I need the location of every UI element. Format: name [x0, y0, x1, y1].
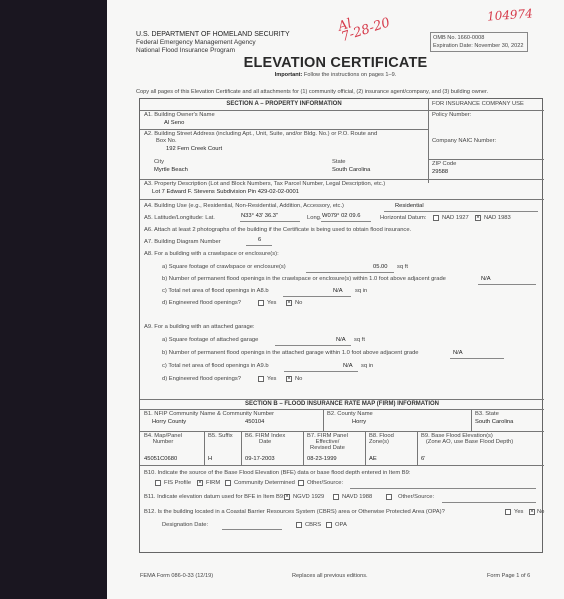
expiration-date: Expiration Date: November 30, 2022: [433, 42, 525, 50]
a8a-unit: sq ft: [397, 264, 408, 270]
a8d-no-checkbox[interactable]: ×: [286, 300, 292, 306]
underline: [283, 296, 351, 297]
a9a-unit: sq ft: [354, 337, 365, 343]
b6-label: B6. FIRM IndexDate: [245, 433, 285, 445]
a5-longitude[interactable]: W079° 02 09.6: [322, 213, 360, 219]
section-a-title: SECTION A – PROPERTY INFORMATION: [140, 101, 428, 107]
a9c-label: c) Total net area of flood openings in A…: [162, 363, 269, 369]
designation-date-input[interactable]: [222, 529, 282, 530]
b11-other-source-label: Other/Source:: [398, 494, 434, 500]
document-title: ELEVATION CERTIFICATE: [107, 55, 564, 71]
b2-label: B2. County Name: [327, 411, 373, 417]
b11-navd1988-label: NAVD 1988: [342, 494, 372, 500]
b12-yes-checkbox[interactable]: [505, 509, 511, 515]
b10-other-source-label: Other/Source:: [307, 480, 343, 486]
a8b-label: b) Number of permanent flood openings in…: [162, 276, 446, 282]
b4-map-panel-number[interactable]: 45051C0680: [144, 456, 177, 462]
a8a-label: a) Square footage of crawlspace or enclo…: [162, 264, 286, 270]
cbrs-checkbox[interactable]: [296, 522, 302, 528]
underline: [321, 221, 371, 222]
b10-fis-profile-label: FIS Profile: [164, 480, 191, 486]
b10-firm-checkbox[interactable]: ×: [197, 480, 203, 486]
b2-county-name[interactable]: Horry: [352, 419, 366, 425]
divider: [428, 110, 544, 111]
divider: [323, 409, 324, 431]
agency-line-3: National Flood Insurance Program: [136, 47, 290, 55]
omb-number: OMB No. 1660-0008: [433, 34, 525, 42]
divider: [140, 409, 544, 410]
b10-community-determined-label: Community Determined: [234, 480, 295, 486]
b7-label: B7. FIRM PanelEffective/Revised Date: [307, 433, 348, 451]
a9d-no-label: No: [295, 376, 302, 382]
b5-label: B5. Suffix: [208, 433, 233, 439]
form-body: SECTION A – PROPERTY INFORMATION FOR INS…: [139, 98, 543, 553]
b10-firm-label: FIRM: [206, 480, 220, 486]
designation-date-label: Designation Date:: [162, 522, 208, 528]
underline: [275, 345, 351, 346]
b12-label: B12. Is the building located in a Coasta…: [144, 509, 445, 515]
b9-base-flood-elevation[interactable]: 6': [421, 456, 425, 462]
b10-other-source-checkbox[interactable]: [298, 480, 304, 486]
divider: [471, 409, 472, 431]
divider: [140, 399, 544, 400]
b10-label: B10. Indicate the source of the Base Flo…: [144, 470, 411, 476]
divider: [140, 199, 544, 200]
nad1983-checkbox[interactable]: ×: [475, 215, 481, 221]
divider: [303, 431, 304, 465]
a9d-yes-label: Yes: [267, 376, 276, 382]
b1-community-number[interactable]: 450104: [245, 419, 264, 425]
a9d-yes-checkbox[interactable]: [258, 376, 264, 382]
a9-label: A9. For a building with an attached gara…: [144, 324, 255, 330]
a9d-label: d) Engineered flood openings?: [162, 376, 241, 382]
handwritten-file-number: 104974: [487, 6, 534, 23]
b11-other-source-checkbox[interactable]: [386, 494, 392, 500]
handwritten-initials: Al7-28-20: [337, 7, 391, 43]
b3-state[interactable]: South Carolina: [475, 419, 513, 425]
a9c-unit: sq in: [361, 363, 373, 369]
nad1927-label: NAD 1927: [442, 215, 469, 221]
a8d-label: d) Engineered flood openings?: [162, 300, 241, 306]
opa-label: OPA: [335, 522, 347, 528]
divider: [140, 179, 544, 180]
underline: [478, 284, 536, 285]
divider: [140, 431, 544, 432]
city-value[interactable]: Myrtle Beach: [154, 167, 188, 173]
b12-no-checkbox[interactable]: ×: [529, 509, 535, 515]
b3-label: B3. State: [475, 411, 499, 417]
a4-label: A4. Building Use (e.g., Residential, Non…: [144, 203, 344, 209]
section-b-title: SECTION B – FLOOD INSURANCE RATE MAP (FI…: [140, 401, 544, 407]
insurance-use-title: FOR INSURANCE COMPANY USE: [432, 101, 524, 107]
a7-label: A7. Building Diagram Number: [144, 239, 221, 245]
underline: [284, 371, 358, 372]
agency-line-2: Federal Emergency Management Agency: [136, 39, 290, 47]
a9a-value[interactable]: N/A: [336, 337, 346, 343]
naic-label: Company NAIC Number:: [432, 138, 496, 144]
b12-no-label: No: [537, 509, 544, 515]
a9d-no-checkbox[interactable]: ×: [286, 376, 292, 382]
b11-navd1988-checkbox[interactable]: [333, 494, 339, 500]
underline: [384, 211, 538, 212]
omb-box: OMB No. 1660-0008 Expiration Date: Novem…: [430, 32, 528, 52]
b6-firm-index-date[interactable]: 09-17-2003: [245, 456, 275, 462]
a9b-value[interactable]: N/A: [453, 350, 463, 356]
underline: [246, 245, 272, 246]
horizontal-datum-label: Horizontal Datum:: [380, 215, 426, 221]
agency-block: U.S. DEPARTMENT OF HOMELAND SECURITY Fed…: [136, 31, 290, 55]
a6-label: A6. Attach at least 2 photographs of the…: [144, 227, 411, 233]
b8-flood-zone[interactable]: AE: [369, 456, 377, 462]
opa-checkbox[interactable]: [326, 522, 332, 528]
a3-property-description[interactable]: Lot 7 Edward F. Stevens Subdivision Pin …: [152, 189, 299, 195]
state-label: State: [332, 159, 346, 165]
a8c-value[interactable]: N/A: [333, 288, 343, 294]
a8b-value[interactable]: N/A: [481, 276, 491, 282]
b9-label: B9. Base Flood Elevation(s) (Zone AO, us…: [421, 433, 513, 445]
b10-other-source-input[interactable]: [350, 488, 536, 489]
cbrs-label: CBRS: [305, 522, 321, 528]
a5-label: A5. Latitude/Longitude: Lat.: [144, 215, 215, 221]
a2-label: A2. Building Street Address (including A…: [144, 131, 377, 137]
divider: [140, 129, 428, 130]
b5-suffix[interactable]: H: [208, 456, 212, 462]
a8d-yes-label: Yes: [267, 300, 276, 306]
b1-community-name[interactable]: Horry County: [152, 419, 186, 425]
divider: [140, 110, 428, 111]
replaces-note: Replaces all previous editions.: [292, 573, 368, 579]
a8a-value[interactable]: 05.00: [373, 264, 388, 270]
a2-label-2: Box No.: [156, 138, 177, 144]
a9a-label: a) Square footage of attached garage: [162, 337, 258, 343]
nad1983-label: NAD 1983: [484, 215, 511, 221]
agency-line-1: U.S. DEPARTMENT OF HOMELAND SECURITY: [136, 31, 290, 39]
b10-community-determined-checkbox[interactable]: [225, 480, 231, 486]
b12-yes-label: Yes: [514, 509, 523, 515]
a5-long-label: Long.: [307, 215, 322, 221]
b8-label: B8. FloodZone(s): [369, 433, 394, 445]
state-value[interactable]: South Carolina: [332, 167, 370, 173]
copy-note: Copy all pages of this Elevation Certifi…: [136, 89, 488, 95]
divider: [365, 431, 366, 465]
divider: [428, 99, 429, 183]
form-number: FEMA Form 086-0-33 (12/19): [140, 573, 213, 579]
document-page: Al7-28-20 104974 U.S. DEPARTMENT OF HOME…: [107, 0, 564, 599]
nad1927-checkbox[interactable]: [433, 215, 439, 221]
b11-ngvd1929-label: NGVD 1929: [293, 494, 324, 500]
divider: [241, 431, 242, 465]
a8d-no-label: No: [295, 300, 302, 306]
zip-value[interactable]: 29588: [432, 169, 448, 175]
important-note: Important: Follow the instructions on pa…: [107, 72, 564, 78]
underline: [450, 358, 504, 359]
a5-latitude[interactable]: N33° 43' 36.3": [241, 213, 278, 219]
page-number: Form Page 1 of 6: [487, 573, 530, 579]
b11-other-source-input[interactable]: [442, 502, 536, 503]
divider: [428, 159, 544, 160]
a1-label: A1. Building Owner's Name: [144, 112, 215, 118]
b11-ngvd1929-checkbox[interactable]: ×: [284, 494, 290, 500]
a8c-unit: sq in: [355, 288, 367, 294]
b7-firm-panel-date[interactable]: 08-23-1999: [307, 456, 337, 462]
a7-diagram-number[interactable]: 6: [258, 237, 261, 243]
a1-owner-name[interactable]: Al Seno: [164, 120, 184, 126]
zip-label: ZIP Code: [432, 161, 456, 167]
a4-building-use[interactable]: Residential: [395, 203, 424, 209]
a8-label: A8. For a building with a crawlspace or …: [144, 251, 279, 257]
underline: [240, 221, 300, 222]
a9b-label: b) Number of permanent flood openings in…: [162, 350, 419, 356]
b4-label: B4. Map/PanelNumber: [144, 433, 182, 445]
divider: [417, 431, 418, 465]
a3-label: A3. Property Description (Lot and Block …: [144, 181, 385, 187]
policy-number-label: Policy Number:: [432, 112, 471, 118]
city-label: City: [154, 159, 164, 165]
underline: [306, 272, 394, 273]
a8d-yes-checkbox[interactable]: [258, 300, 264, 306]
b11-label: B11. Indicate elevation datum used for B…: [144, 494, 285, 500]
a8c-label: c) Total net area of flood openings in A…: [162, 288, 269, 294]
divider: [140, 465, 544, 466]
a2-street-address[interactable]: 192 Fern Creek Court: [166, 146, 222, 152]
divider: [204, 431, 205, 465]
b10-fis-profile-checkbox[interactable]: [155, 480, 161, 486]
a9c-value[interactable]: N/A: [343, 363, 353, 369]
b1-label: B1. NFIP Community Name & Community Numb…: [144, 411, 274, 417]
